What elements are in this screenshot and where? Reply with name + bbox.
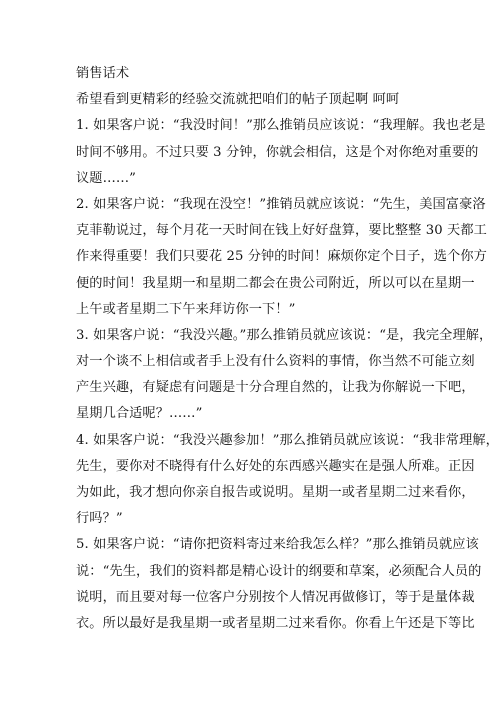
- item-4-line-3: 为如此，我才想向你亲自报告或说明。星期一或者星期二过来看你，: [76, 483, 436, 509]
- item-3-line-1: 3. 如果客户说：“我没兴趣。”那么推销员就应该说：“是，我完全理解，: [76, 326, 423, 352]
- document-title: 销售话术: [76, 64, 436, 90]
- item-2-line-1: 2. 如果客户说：“我现在没空！”推销员就应该说：“先生，美国富豪洛: [76, 195, 423, 221]
- item-4-line-2: 先生，要你对不晓得有什么好处的东西感兴趣实在是强人所难。正因: [76, 457, 423, 483]
- item-1-line-3: 议题……”: [76, 169, 436, 195]
- item-2-line-4: 便的时间！我星期一和星期二都会在贵公司附近，所以可以在星期一: [76, 274, 423, 300]
- item-4-line-1: 4. 如果客户说：“我没兴趣参加！”那么推销员就应该说：“我非常理解，: [76, 431, 423, 457]
- item-3-line-3: 产生兴趣，有疑虑有问题是十分合理自然的，让我为你解说一下吧，: [76, 378, 436, 404]
- item-2-line-3: 作来得重要！我们只要花 25 分钟的时间！麻烦你定个日子，选个你方: [76, 247, 423, 273]
- item-3-line-4: 星期几合适呢？……”: [76, 404, 436, 430]
- item-1-line-1: 1. 如果客户说：“我没时间！”那么推销员应该说：“我理解。我也老是: [76, 116, 423, 142]
- item-2-line-2: 克菲勒说过，每个月花一天时间在钱上好好盘算，要比整整 30 天都工: [76, 221, 423, 247]
- item-5-line-2: 说：“先生，我们的资料都是精心设计的纲要和草案，必须配合人员的: [76, 562, 423, 588]
- item-1-line-2: 时间不够用。不过只要 3 分钟，你就会相信，这是个对你绝对重要的: [76, 143, 423, 169]
- item-5-line-3: 说明，而且要对每一位客户分别按个人情况再做修订，等于是量体裁: [76, 588, 423, 614]
- item-5-line-1: 5. 如果客户说：“请你把资料寄过来给我怎么样？”那么推销员就应该: [76, 535, 423, 561]
- item-4-line-4: 行吗？”: [76, 509, 436, 535]
- document-page: 销售话术 希望看到更精彩的经验交流就把咱们的帖子顶起啊 呵呵 1. 如果客户说：…: [76, 64, 436, 640]
- item-5-line-4: 衣。所以最好是我星期一或者星期二过来看你。你看上午还是下等比: [76, 614, 423, 640]
- item-3-line-2: 对一个谈不上相信或者手上没有什么资料的事情，你当然不可能立刻: [76, 352, 423, 378]
- item-2-line-5: 上午或者星期二下午来拜访你一下！”: [76, 300, 436, 326]
- intro-text: 希望看到更精彩的经验交流就把咱们的帖子顶起啊 呵呵: [76, 90, 436, 116]
